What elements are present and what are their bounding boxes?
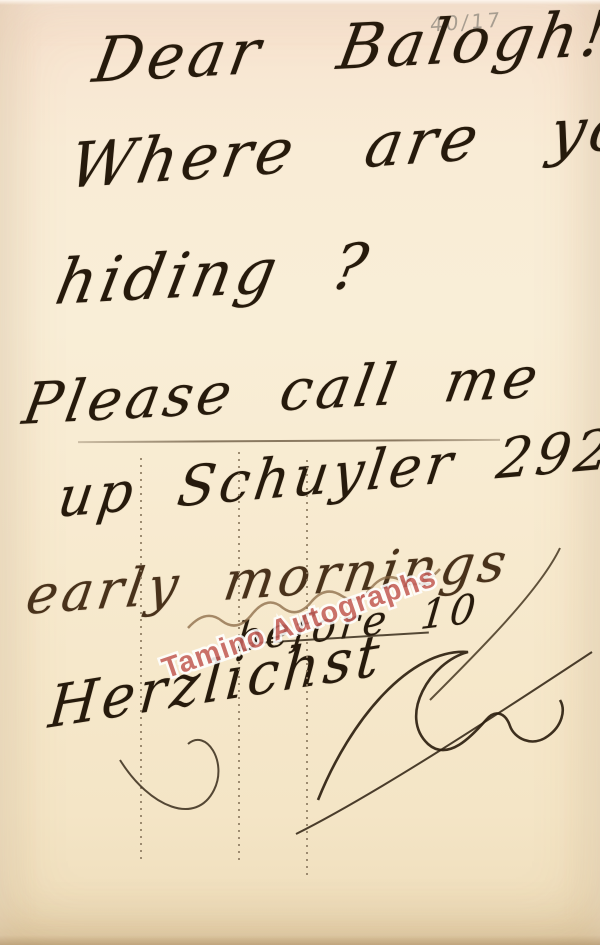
letter-page: 40/17 Dear Balogh! Where are you hiding … — [0, 0, 600, 945]
signature-descender — [120, 740, 218, 809]
signature-sweep — [296, 652, 592, 834]
paper-bottom-edge — [0, 935, 600, 945]
signature-flourish — [318, 652, 563, 800]
signature — [0, 0, 600, 945]
